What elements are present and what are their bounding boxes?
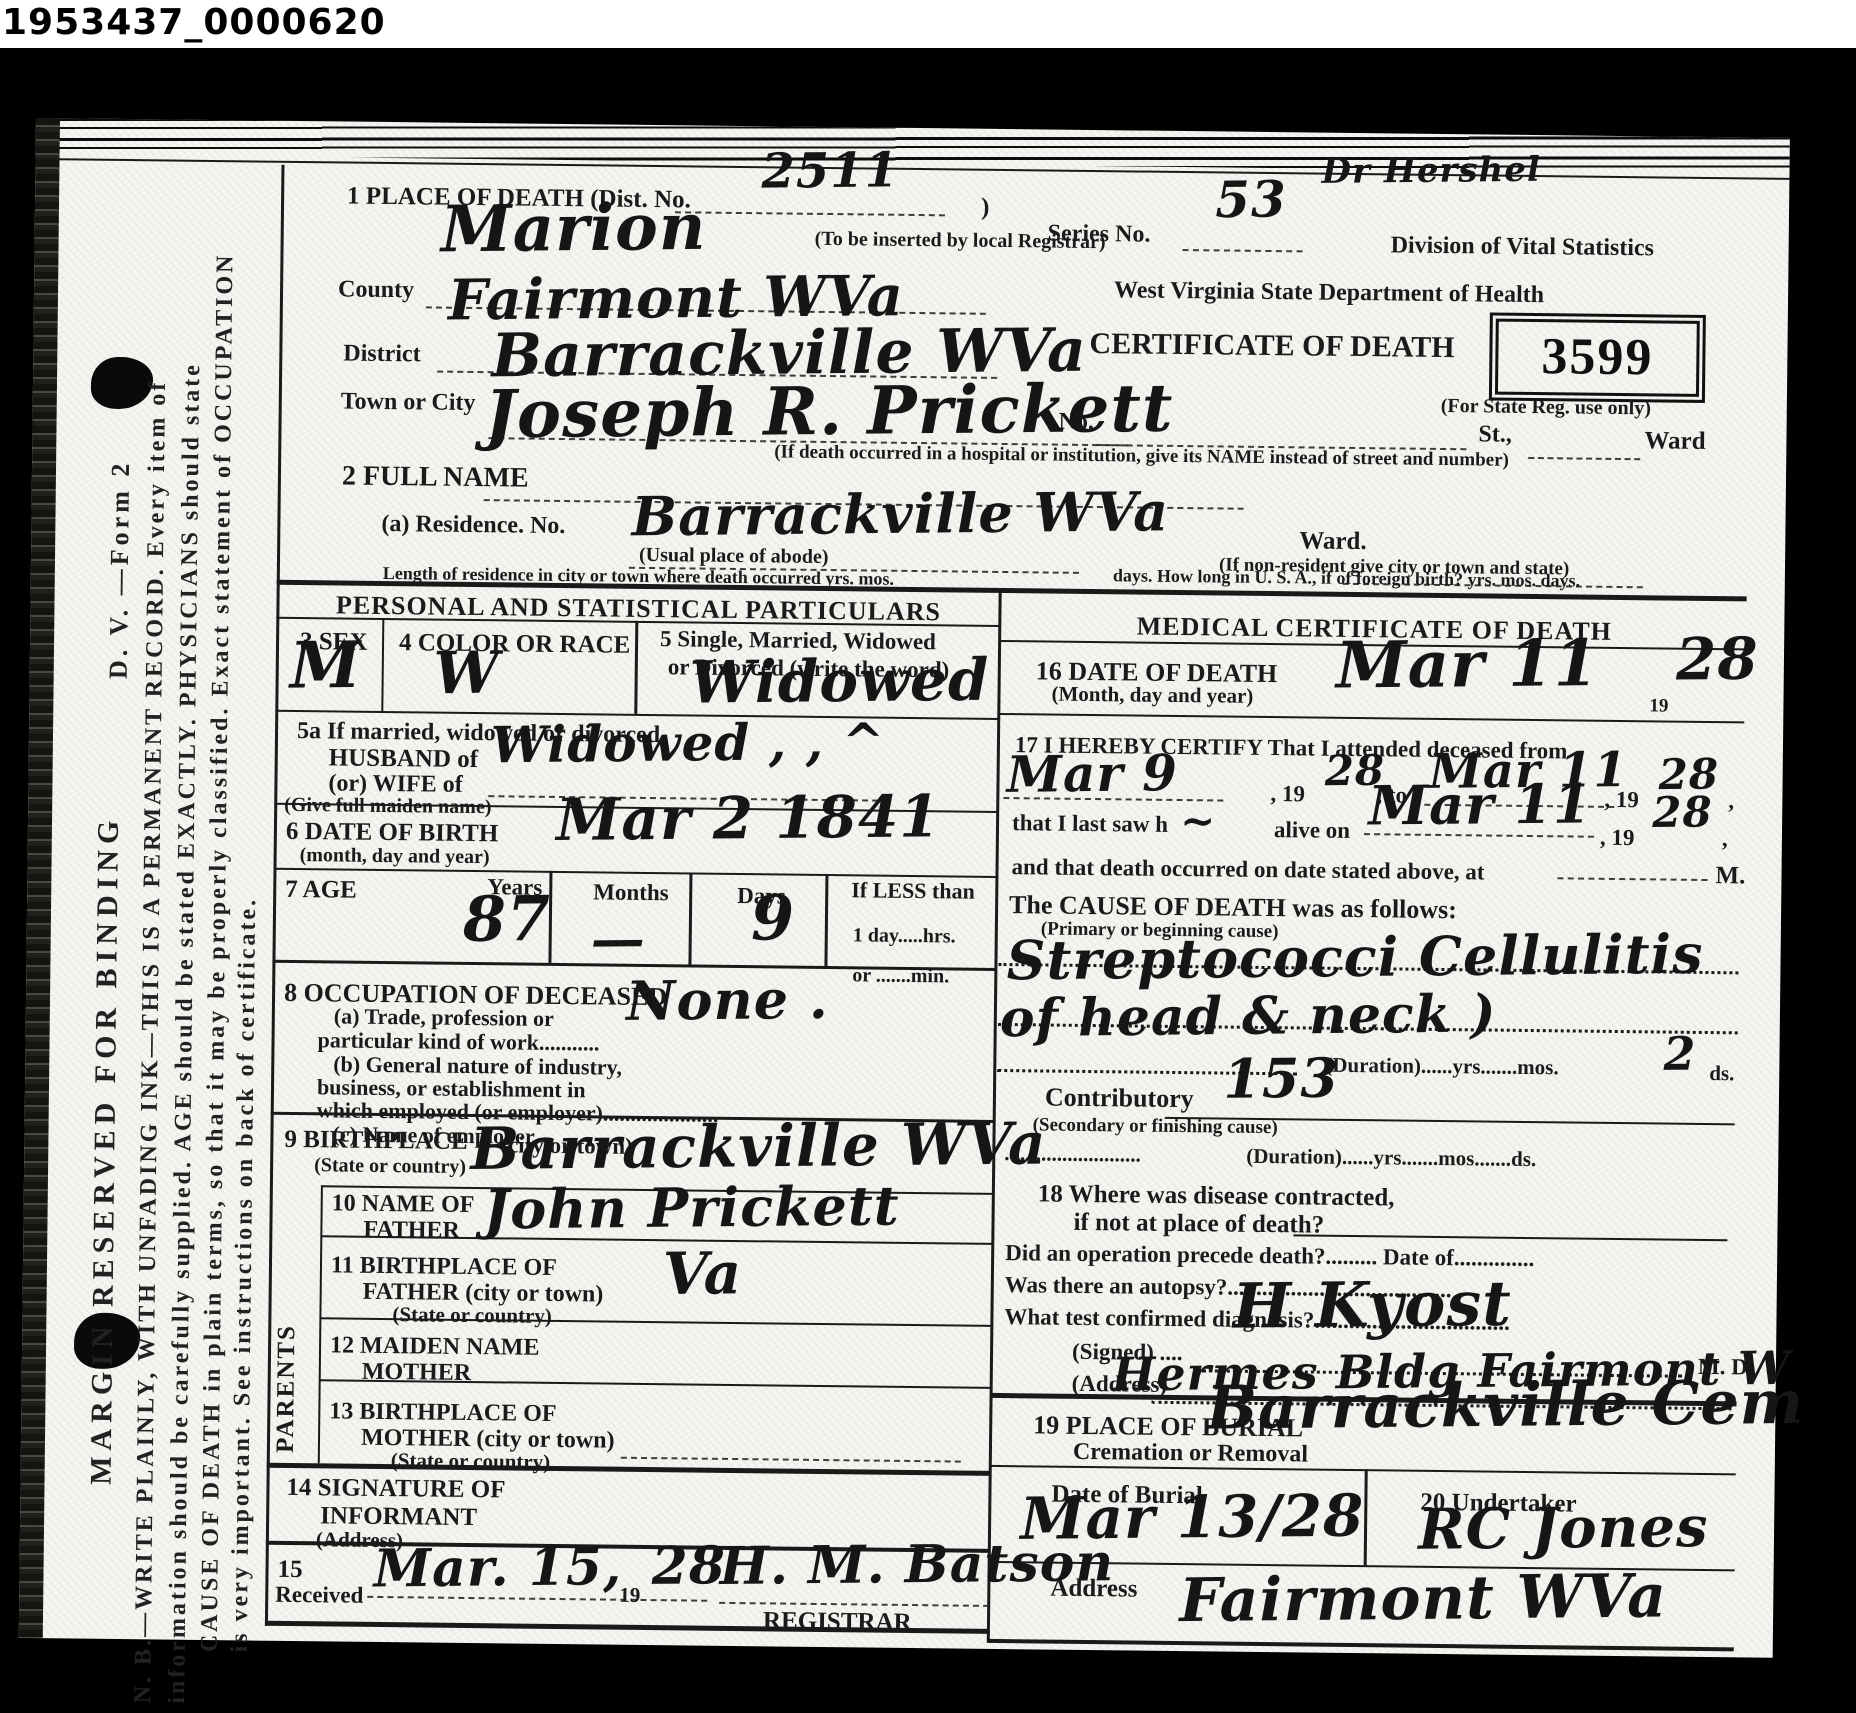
- age-months-hw: —: [590, 910, 646, 967]
- county-label: County: [338, 277, 414, 303]
- burial-label2: Cremation or Removal: [1073, 1440, 1308, 1468]
- certify-19c: , 19: [1600, 826, 1635, 850]
- received-19: 19: [619, 1585, 640, 1607]
- form-rule: [381, 618, 384, 711]
- father-label1: 10 NAME OF: [332, 1191, 475, 1218]
- burial-place-hw: Barrackville Cem: [1206, 1372, 1804, 1440]
- residence-label: (a) Residence. No.: [381, 512, 565, 539]
- age-days-hw: 9: [751, 886, 796, 951]
- received-label: Received: [275, 1583, 363, 1608]
- district-no-hw: 2511: [761, 146, 899, 197]
- q18-label2: if not at place of death?: [1073, 1210, 1324, 1239]
- form-rule: [621, 1457, 961, 1463]
- father-label2: FATHER: [363, 1218, 460, 1244]
- form-rule: [273, 868, 997, 878]
- dob-hw: Mar 2 1841: [556, 786, 941, 850]
- meridian-label: M.: [1715, 863, 1745, 889]
- form-rule: [999, 713, 1744, 723]
- certify-comma-b: ,: [1728, 789, 1734, 813]
- certificate-paper: 3599 1 PLACE OF DEATH (Dist. No.2511)(To…: [19, 118, 1790, 1658]
- attended-from-hw: Mar 9: [1006, 747, 1178, 801]
- birthplace-hw: Barrackville WVa: [470, 1113, 1047, 1179]
- cause-line1-hw: Streptococci Cellulitis: [1006, 926, 1703, 989]
- ward2-label: Ward.: [1299, 528, 1367, 555]
- ormin-label: or .......min.: [852, 965, 949, 987]
- mother-bp-label1: 13 BIRTHPLACE OF: [329, 1399, 556, 1427]
- residence-hw: Barrackville WVa: [631, 483, 1169, 544]
- oneday-label: 1 day.....hrs.: [853, 925, 956, 947]
- race-hw: W: [433, 643, 500, 704]
- aliveon-label: alive on: [1274, 818, 1350, 843]
- left-header: PERSONAL AND STATISTICAL PARTICULARS: [276, 591, 1000, 626]
- dod-year-hw: 28: [1676, 629, 1759, 690]
- form-rule: [1528, 457, 1640, 460]
- form-rule: [318, 1185, 323, 1463]
- certificate-title: CERTIFICATE OF DEATH: [1089, 328, 1454, 363]
- dept-label: West Virginia State Department of Health: [1114, 278, 1544, 308]
- received-year-hw: 28: [651, 1539, 726, 1594]
- form-rule: [1557, 877, 1707, 881]
- division-label: Division of Vital Statistics: [1390, 233, 1654, 261]
- marital-hw: Widowed: [689, 650, 989, 713]
- ifless-label: If LESS than: [851, 879, 975, 903]
- registrar-label: REGISTRAR: [763, 1608, 912, 1636]
- mother-label2: MOTHER: [362, 1360, 472, 1386]
- dob-label: 6 DATE OF BIRTH: [286, 819, 499, 847]
- town-label: Town or City: [341, 389, 476, 415]
- signed-hw: H Kyost: [1232, 1272, 1512, 1339]
- district-label: District: [343, 342, 421, 368]
- dod-19: 19: [1649, 696, 1668, 716]
- county-hw: Marion: [440, 195, 706, 264]
- cause-line2-hw: of head & neck ): [1000, 987, 1497, 1046]
- abode-note: (Usual place of abode): [639, 545, 829, 568]
- binding-edge: [19, 118, 60, 1638]
- form-rule: [989, 1639, 1734, 1651]
- father-bp-note: (State or country): [392, 1304, 552, 1328]
- father-hw: John Prickett: [483, 1178, 900, 1238]
- full-name-label: 2 FULL NAME: [342, 461, 529, 492]
- undertaker-hw: RC Jones: [1418, 1498, 1709, 1559]
- dod-note: (Month, day and year): [1051, 684, 1253, 708]
- state-reg-note: (For State Reg. use only): [1441, 396, 1651, 419]
- form-rule: [675, 211, 945, 216]
- dod-hw: Mar 11: [1336, 631, 1600, 700]
- maiden-note: (Give full maiden name): [284, 795, 491, 818]
- q18-label1: 18 Where was disease contracted,: [1038, 1181, 1395, 1211]
- lastsaw-date-hw: Mar 11: [1368, 775, 1592, 833]
- form-rule: [267, 1463, 991, 1476]
- father-bp-label1: 11 BIRTHPLACE OF: [331, 1253, 557, 1281]
- months-label: Months: [593, 880, 669, 905]
- scan-id-bar: 1953437_0000620: [0, 0, 1856, 48]
- mother-bp-note: (State or country): [391, 1450, 551, 1474]
- scan-id: 1953437_0000620: [2, 2, 386, 43]
- form-rule: [1183, 249, 1303, 252]
- series-no-label: Series No.: [1048, 221, 1151, 247]
- scanned-death-certificate: { "scan_id": "1953437_0000620", "registr…: [0, 0, 1856, 1713]
- sex-hw: M: [289, 633, 361, 700]
- duration1-label: (Duration)......yrs.......mos.: [1325, 1055, 1559, 1079]
- age-label: 7 AGE: [285, 877, 357, 904]
- bp-note: (State or country): [314, 1155, 466, 1178]
- form-rule: [1293, 1234, 1727, 1241]
- address-label: Address: [1050, 1576, 1137, 1603]
- dr-hershel-hw: Dr Hershel: [1321, 153, 1541, 190]
- informant-label1: 14 SIGNATURE OF: [286, 1475, 505, 1503]
- certify-comma-c: ,: [1722, 827, 1728, 851]
- form-rule: [634, 621, 638, 714]
- margin-binding: MARGIN RESERVED FOR BINDING: [84, 815, 126, 1485]
- lastsaw-label: that I last saw h: [1012, 811, 1168, 837]
- certify-19b: , 19: [1604, 788, 1639, 812]
- contributory-hw: 153: [1223, 1050, 1339, 1107]
- received-date-hw: Mar. 15,: [373, 1540, 622, 1596]
- occupation-hw: None .: [626, 971, 829, 1029]
- certify-19a: , 19: [1270, 782, 1305, 806]
- usa-note: days. How long in U. S. A., if of foreig…: [1113, 566, 1580, 590]
- death-occurred-label: and that death occurred on date stated a…: [1011, 855, 1484, 884]
- certify-year-c-hw: 28: [1652, 790, 1713, 834]
- contributory-note: (Secondary or finishing cause): [1033, 1115, 1278, 1138]
- full-name-hw: Joseph R. Prickett: [484, 374, 1173, 449]
- father-bp-hw: Va: [663, 1243, 743, 1304]
- dob-note: (month, day and year): [300, 845, 490, 868]
- st-label: St.,: [1478, 422, 1512, 447]
- spouse-hw: Widowed , , ^: [491, 716, 886, 772]
- margin-note-important: is very important. See instructions on b…: [227, 897, 263, 1653]
- contributory-label: Contributory: [1045, 1084, 1194, 1113]
- place-of-death-close: ): [981, 195, 990, 221]
- duration2-label: (Duration)......yrs.......mos.......ds.: [1246, 1146, 1536, 1171]
- series-no-hw: 53: [1215, 173, 1287, 226]
- parents-label: PARENTS: [273, 1324, 300, 1453]
- burial-date-hw: Mar 13/28: [1020, 1486, 1365, 1550]
- received-no: 15: [277, 1557, 302, 1583]
- age-years-hw: 87: [463, 887, 552, 952]
- form-rule: [824, 874, 828, 966]
- form-rule: [688, 872, 692, 964]
- duration2-dots: ..........................: [1004, 1143, 1141, 1166]
- registration-number-box: 3599: [1495, 319, 1700, 397]
- margin-form-no: D. V. —Form 2: [104, 460, 136, 680]
- bp-label: 9 BIRTHPLACE: [284, 1127, 467, 1155]
- husband-label: HUSBAND of: [329, 745, 479, 773]
- duration1-hw: 2: [1663, 1031, 1696, 1079]
- duration1-ds: ds.: [1709, 1063, 1734, 1085]
- ward-label: Ward: [1644, 428, 1705, 455]
- undertaker-addr-hw: Fairmont WVa: [1179, 1565, 1667, 1632]
- form-rule: [719, 1602, 989, 1607]
- form-rule: [991, 1465, 1736, 1475]
- mother-label1: 12 MAIDEN NAME: [330, 1333, 540, 1360]
- registration-number: 3599: [1541, 328, 1654, 386]
- lastsaw-him-hw: ~: [1180, 799, 1217, 843]
